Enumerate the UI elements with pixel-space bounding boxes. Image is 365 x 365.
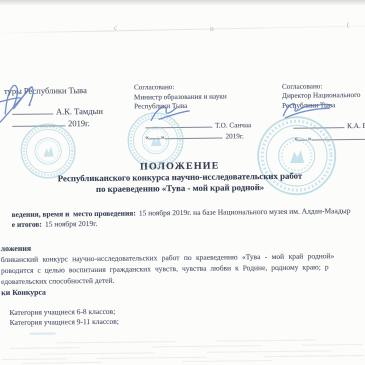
results-line: е итогов:15 ноября 2019г. xyxy=(0,210,97,238)
results-value: 15 ноября 2019г. xyxy=(45,219,98,229)
venue-value: 15 ноября 2019г. на базе Национального м… xyxy=(139,206,351,217)
signature-right xyxy=(283,103,330,118)
scan-smudge xyxy=(30,332,56,334)
signature-middle xyxy=(151,107,189,121)
document-content: туры Республики Тыва А.К. Тамдын 2019г. … xyxy=(0,0,365,365)
category-item-1: Категория учащиеся 6-8 классов; xyxy=(9,306,115,316)
scanned-document-page: с п ( туры Республики Тыва А.К. Тамдын 2… xyxy=(0,0,365,365)
results-label: е итогов: xyxy=(12,220,42,229)
category-item-2: Категория учащиеся 9-11 классов; xyxy=(10,316,119,326)
signature-left xyxy=(0,85,33,122)
section-general-heading: ложения xyxy=(1,243,31,252)
paragraph-line3: едовательских способностей детей. xyxy=(1,276,114,286)
section-participants-heading: ки Конкурса xyxy=(1,287,46,297)
